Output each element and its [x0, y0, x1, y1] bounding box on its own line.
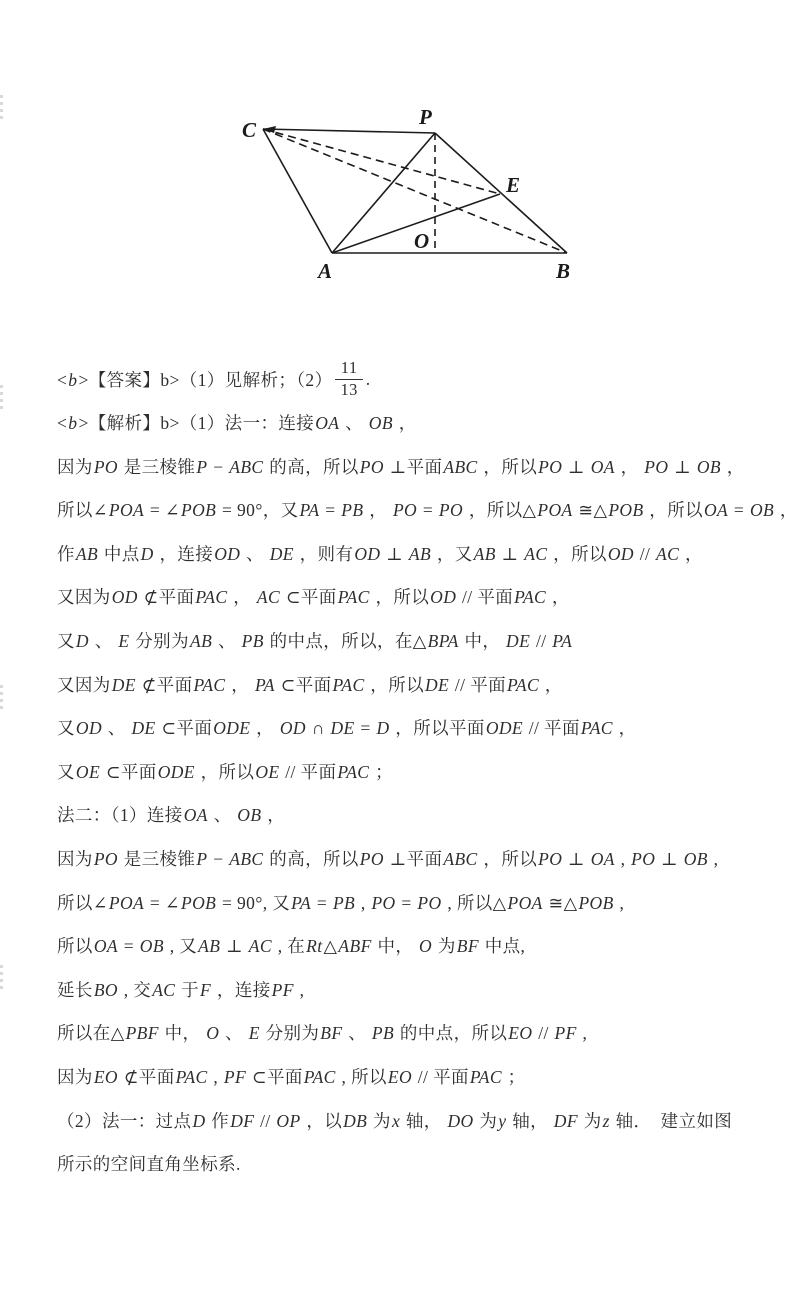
solution-line: 因为EO ⊄平面PAC , PF ⊂平面PAC , 所以EO // 平面PAC … [57, 1056, 787, 1100]
tetrahedron-diagram: C P E O A B [238, 100, 598, 295]
solution-line: 因为PO 是三棱锥P − ABC 的高，所以PO ⊥平面ABC ，所以PO ⊥ … [57, 446, 787, 490]
vertex-label-A: A [316, 259, 332, 283]
solution-line: 所以OA = OB , 又AB ⊥ AC , 在Rt△ABF 中， O 为BF … [57, 925, 787, 969]
answer-fraction: 11 13 [335, 359, 362, 400]
geometry-figure: C P E O A B [238, 100, 598, 295]
document-page: C P E O A B <b>【答案】b>（1）见解析；（2） 11 13 . … [0, 0, 794, 1306]
solution-line: 又因为OD ⊄平面PAC ， AC ⊂平面PAC ，所以OD // 平面PAC … [57, 576, 787, 620]
scan-artifact [0, 95, 3, 121]
vertex-label-C: C [242, 118, 257, 142]
edge-PB [435, 133, 567, 253]
vertex-label-O: O [414, 229, 429, 253]
solution-line: 所以∠POA = ∠POB = 90°，又PA = PB ， PO = PO ，… [57, 489, 787, 533]
vertex-label-P: P [418, 105, 432, 129]
scan-artifact [0, 965, 3, 991]
vertex-label-B: B [555, 259, 570, 283]
solution-line: 又OD 、 DE ⊂平面ODE ， OD ∩ DE = D ，所以平面ODE /… [57, 707, 787, 751]
solution-line: 所以在△PBF 中， O 、 E 分别为BF 、 PB 的中点，所以EO // … [57, 1012, 787, 1056]
solution-line: 延长BO , 交AC 于F ，连接PF , [57, 969, 787, 1013]
solution-line: （2）法一：过点D 作DF // OP ，以DB 为x 轴， DO 为y 轴， … [57, 1100, 787, 1144]
solution-line: 又OE ⊂平面ODE ，所以OE // 平面PAC ； [57, 751, 787, 795]
answer-prefix: <b>【答案】b>（1）见解析；（2） [57, 367, 332, 392]
solution-line: 因为PO 是三棱锥P − ABC 的高，所以PO ⊥平面ABC ，所以PO ⊥ … [57, 838, 787, 882]
solution-line: 所示的空间直角坐标系. [57, 1143, 787, 1187]
dashed-CE [263, 129, 500, 194]
solution-line: 作AB 中点D ，连接OD 、 DE ，则有OD ⊥ AB ，又AB ⊥ AC … [57, 533, 787, 577]
edge-CP [263, 129, 435, 133]
solution-line: 又因为DE ⊄平面PAC ， PA ⊂平面PAC ，所以DE // 平面PAC … [57, 664, 787, 708]
solution-line: 所以∠POA = ∠POB = 90°, 又PA = PB , PO = PO … [57, 882, 787, 926]
edge-CA [263, 129, 332, 253]
solution-line: 又D 、 E 分别为AB 、 PB 的中点，所以，在△BPA 中， DE // … [57, 620, 787, 664]
scan-artifact [0, 385, 3, 411]
fraction-numerator: 11 [336, 359, 363, 379]
fraction-denominator: 13 [335, 379, 362, 400]
solution-lines: <b>【解析】b>（1）法一：连接OA 、 OB ，因为PO 是三棱锥P − A… [57, 402, 787, 1187]
solution-line: <b>【解析】b>（1）法一：连接OA 、 OB ， [57, 402, 787, 446]
answer-line: <b>【答案】b>（1）见解析；（2） 11 13 . [57, 350, 371, 408]
solution-line: 法二：（1）连接OA 、 OB ， [57, 794, 787, 838]
answer-suffix: . [366, 369, 371, 390]
vertex-label-E: E [505, 173, 520, 197]
scan-artifact [0, 685, 3, 711]
